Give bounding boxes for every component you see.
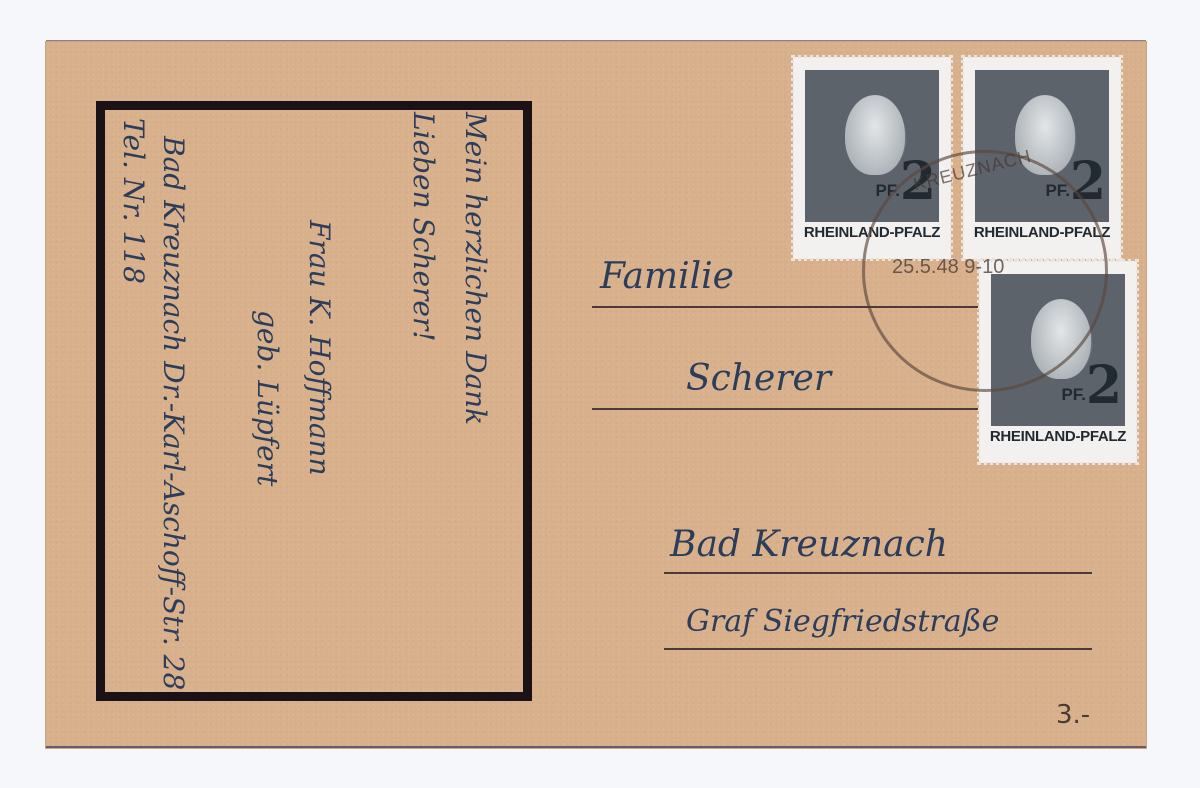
address-line-2: Scherer bbox=[686, 358, 831, 399]
address-line-1-rule bbox=[592, 306, 978, 308]
stamp-unit: PF. bbox=[1061, 385, 1086, 405]
message-line-1: Mein herzlichen Dank bbox=[459, 112, 492, 425]
postmark-date: 25.5.48 9-10 bbox=[892, 256, 1004, 279]
stamp-country: RHEINLAND-PFALZ bbox=[986, 428, 1130, 445]
address-line-3: Bad Kreuznach bbox=[670, 524, 948, 565]
message-line-5: Bad Kreuznach Dr.-Karl-Aschoff-Str. 28 bbox=[157, 136, 190, 690]
message-line-6: Tel. Nr. 118 bbox=[117, 118, 150, 284]
stamp-value: 2 bbox=[1086, 360, 1122, 412]
address-line-4: Graf Siegfriedstraße bbox=[686, 604, 999, 639]
message-line-3: Frau K. Hoffmann bbox=[303, 220, 336, 476]
price-note: 3.- bbox=[1056, 700, 1090, 730]
message-line-2: Lieben Scherer! bbox=[407, 112, 440, 342]
address-line-4-rule bbox=[664, 648, 1092, 650]
address-line-2-rule bbox=[592, 408, 978, 410]
message-line-4: geb. Lüpfert bbox=[251, 310, 284, 486]
address-line-1: Familie bbox=[600, 256, 734, 297]
address-line-3-rule bbox=[664, 572, 1092, 574]
